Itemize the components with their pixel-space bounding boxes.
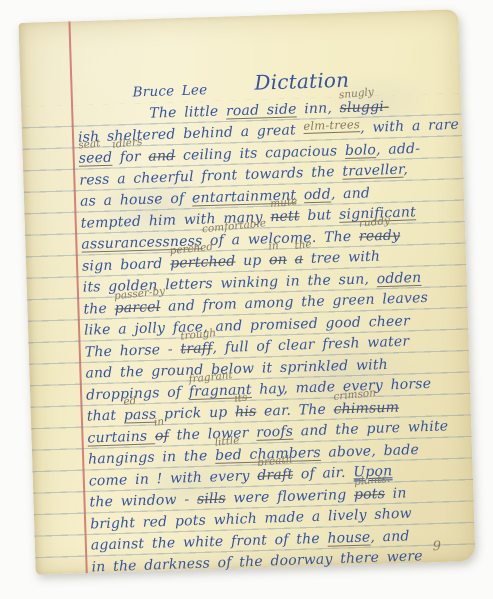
handwriting-segment: bolo — [345, 142, 377, 159]
handwriting-segment: were flowering — [226, 486, 355, 506]
handwriting-segment: , — [403, 162, 408, 178]
handwriting-segment: ofin — [155, 428, 170, 444]
author-name: Bruce Lee — [76, 82, 207, 102]
handwriting-segment: odden — [376, 269, 421, 286]
pencil-correction: perched — [169, 242, 213, 256]
pencil-correction: in — [268, 241, 279, 252]
pencil-correction: plants. — [353, 473, 390, 487]
pencil-correction: mute — [269, 196, 297, 209]
pencil-insertion: elm-trees — [303, 117, 360, 133]
handwriting-segment: passed — [124, 406, 157, 423]
handwriting-segment: ear. The — [256, 401, 334, 419]
pencil-correction: ed — [123, 395, 137, 406]
handwriting-segment: hangings in the — [88, 447, 215, 467]
handwriting-segment: The horse - — [85, 341, 181, 360]
handwriting-segment: and — [148, 147, 175, 164]
handwriting-segment: ceiling its capacious — [175, 143, 345, 164]
handwriting-area: Bruce Lee Dictation The little road side… — [20, 72, 475, 580]
handwriting-segment: sluggi-snugly — [339, 98, 389, 115]
pencil-correction: in — [154, 417, 165, 428]
handwriting-segment: the — [83, 301, 115, 318]
handwriting-segment: as a house of — [80, 190, 192, 209]
handwriting-segment: , add- — [376, 140, 421, 157]
handwriting-segment: above, bade — [320, 442, 419, 461]
pencil-correction: its — [234, 392, 248, 403]
pencil-correction: breath — [256, 454, 292, 468]
page-number: 9 — [433, 539, 442, 554]
handwriting-segment: the lower — [169, 425, 257, 444]
pencil-correction: ruddy — [358, 215, 390, 228]
handwriting-segment: of air. — [293, 465, 354, 483]
handwriting-segment: trafftrough — [180, 340, 213, 357]
handwriting-segment: droppings of — [86, 384, 189, 403]
page-title: Dictation — [254, 70, 349, 94]
notebook-page: Bruce Lee Dictation The little road side… — [18, 9, 475, 575]
handwriting-segment: , and — [370, 528, 410, 545]
pencil-correction: snugly — [339, 86, 375, 99]
handwriting-segment: odd — [304, 186, 331, 203]
pencil-correction: seat — [78, 138, 101, 150]
handwriting-segment: curtains — [87, 428, 155, 446]
handwriting-segment: but — [299, 207, 339, 224]
handwriting-segment: for idlers — [112, 148, 149, 165]
handwriting-segment: , and — [331, 185, 371, 202]
handwriting-segment — [287, 251, 295, 267]
pencil-correction: fragrant — [188, 370, 233, 385]
handwriting-segment: up — [235, 252, 269, 269]
handwriting-segment: The little — [149, 103, 226, 121]
handwriting-segment: roofs — [256, 424, 293, 441]
handwriting-segment: chimsumcrimson — [333, 399, 399, 417]
handwriting-segment: that — [87, 407, 125, 424]
handwriting-segment: , full of clear fresh water — [212, 334, 409, 357]
handwriting-segment: pertchedperched — [170, 253, 236, 271]
handwriting-segment: come in ! with every — [89, 468, 258, 490]
handwriting-segment: sills — [197, 490, 226, 507]
handwriting-segment: the window - — [89, 491, 197, 510]
pencil-correction: crimson — [333, 387, 376, 401]
handwriting-segment: draftbreath — [257, 467, 293, 484]
handwriting-segment: and the pure white — [293, 418, 449, 439]
pencil-correction: little — [214, 435, 240, 447]
handwriting-segment: against the white front of the — [91, 530, 328, 553]
pencil-correction: the — [294, 239, 312, 251]
handwriting-segment: in — [385, 485, 407, 502]
handwriting-segment: parcelpasser-by — [114, 299, 160, 317]
handwriting-segment: inn, — [296, 100, 340, 117]
handwriting-segment: onin — [269, 252, 287, 269]
handwriting-segment: readyruddy — [359, 227, 401, 244]
handwriting-segment: tree with — [303, 249, 380, 268]
handwriting-body: The little road side inn, sluggi-snuglyi… — [77, 94, 472, 579]
handwriting-segment: house — [327, 529, 370, 546]
handwriting-segment: nettmute — [270, 208, 300, 225]
handwriting-segment: , with a rare — [360, 117, 459, 136]
handwriting-segment: hisits — [235, 403, 257, 420]
pencil-correction: trough — [180, 328, 217, 342]
handwriting-segment: sign board — [82, 256, 171, 275]
handwriting-segment: road side — [226, 101, 297, 119]
pencil-correction: idlers — [111, 136, 142, 149]
handwriting-segment: seedseat — [78, 149, 112, 166]
photo-background: Bruce Lee Dictation The little road side… — [0, 0, 493, 599]
handwriting-segment: potsplants. — [354, 486, 385, 503]
handwriting-segment: traveller — [342, 162, 404, 180]
handwriting-segment: prick up — [156, 404, 235, 422]
